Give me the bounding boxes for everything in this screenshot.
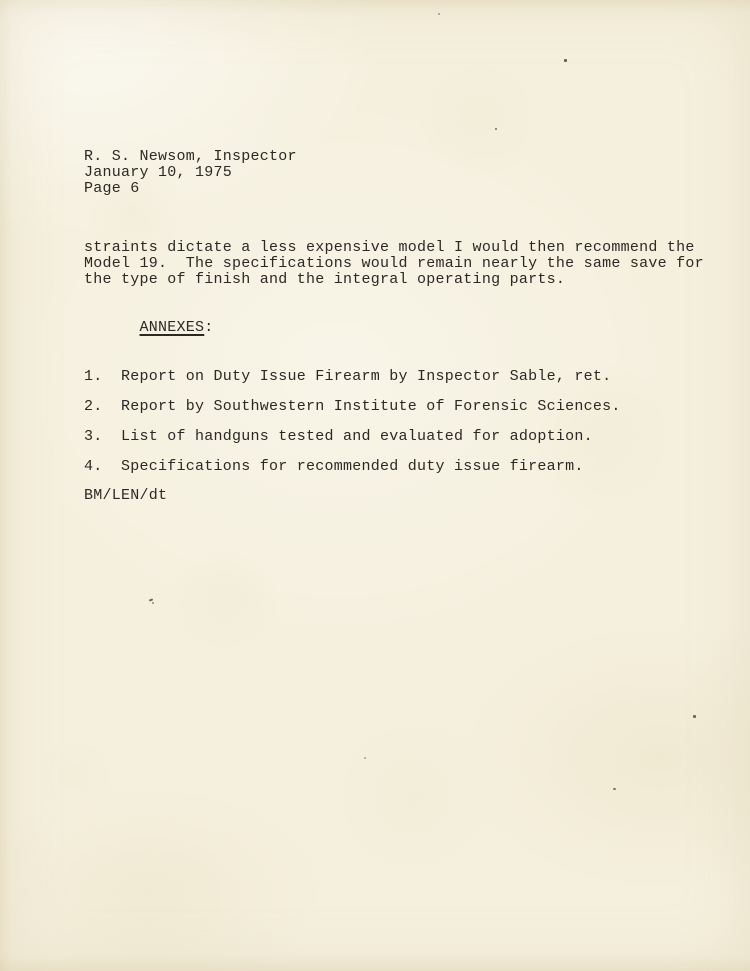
typist-initials: BM/LEN/dt [84,488,714,504]
annexes-heading: ANNEXES: [84,304,714,352]
paper-speck [564,59,567,62]
paper-speck [613,788,616,790]
annexes-heading-colon: : [204,319,213,336]
paper-speck [364,757,366,759]
paper-speck [149,598,153,601]
annex-list-item: 4. Specifications for recommended duty i… [84,459,714,475]
scanned-memo-page: R. S. Newsom, Inspector January 10, 1975… [0,0,750,971]
body-paragraph: straints dictate a less expensive model … [84,240,714,288]
body-paragraph-line: Model 19. The specifications would remai… [84,256,714,272]
memo-header: R. S. Newsom, Inspector January 10, 1975… [84,149,714,197]
paper-speck [152,602,154,604]
paper-speck [438,13,440,15]
annex-list-item: 3. List of handguns tested and evaluated… [84,429,714,445]
header-page-number: Page 6 [84,181,714,197]
paper-speck [693,715,696,718]
header-date: January 10, 1975 [84,165,714,181]
annexes-heading-label: ANNEXES [140,319,205,336]
paper-speck [495,128,497,130]
annex-list-item: 1. Report on Duty Issue Firearm by Inspe… [84,369,714,385]
body-paragraph-line: straints dictate a less expensive model … [84,240,714,256]
body-paragraph-line: the type of finish and the integral oper… [84,272,714,288]
header-recipient: R. S. Newsom, Inspector [84,149,714,165]
annex-list-item: 2. Report by Southwestern Institute of F… [84,399,714,415]
memo-content: R. S. Newsom, Inspector January 10, 1975… [84,149,714,504]
